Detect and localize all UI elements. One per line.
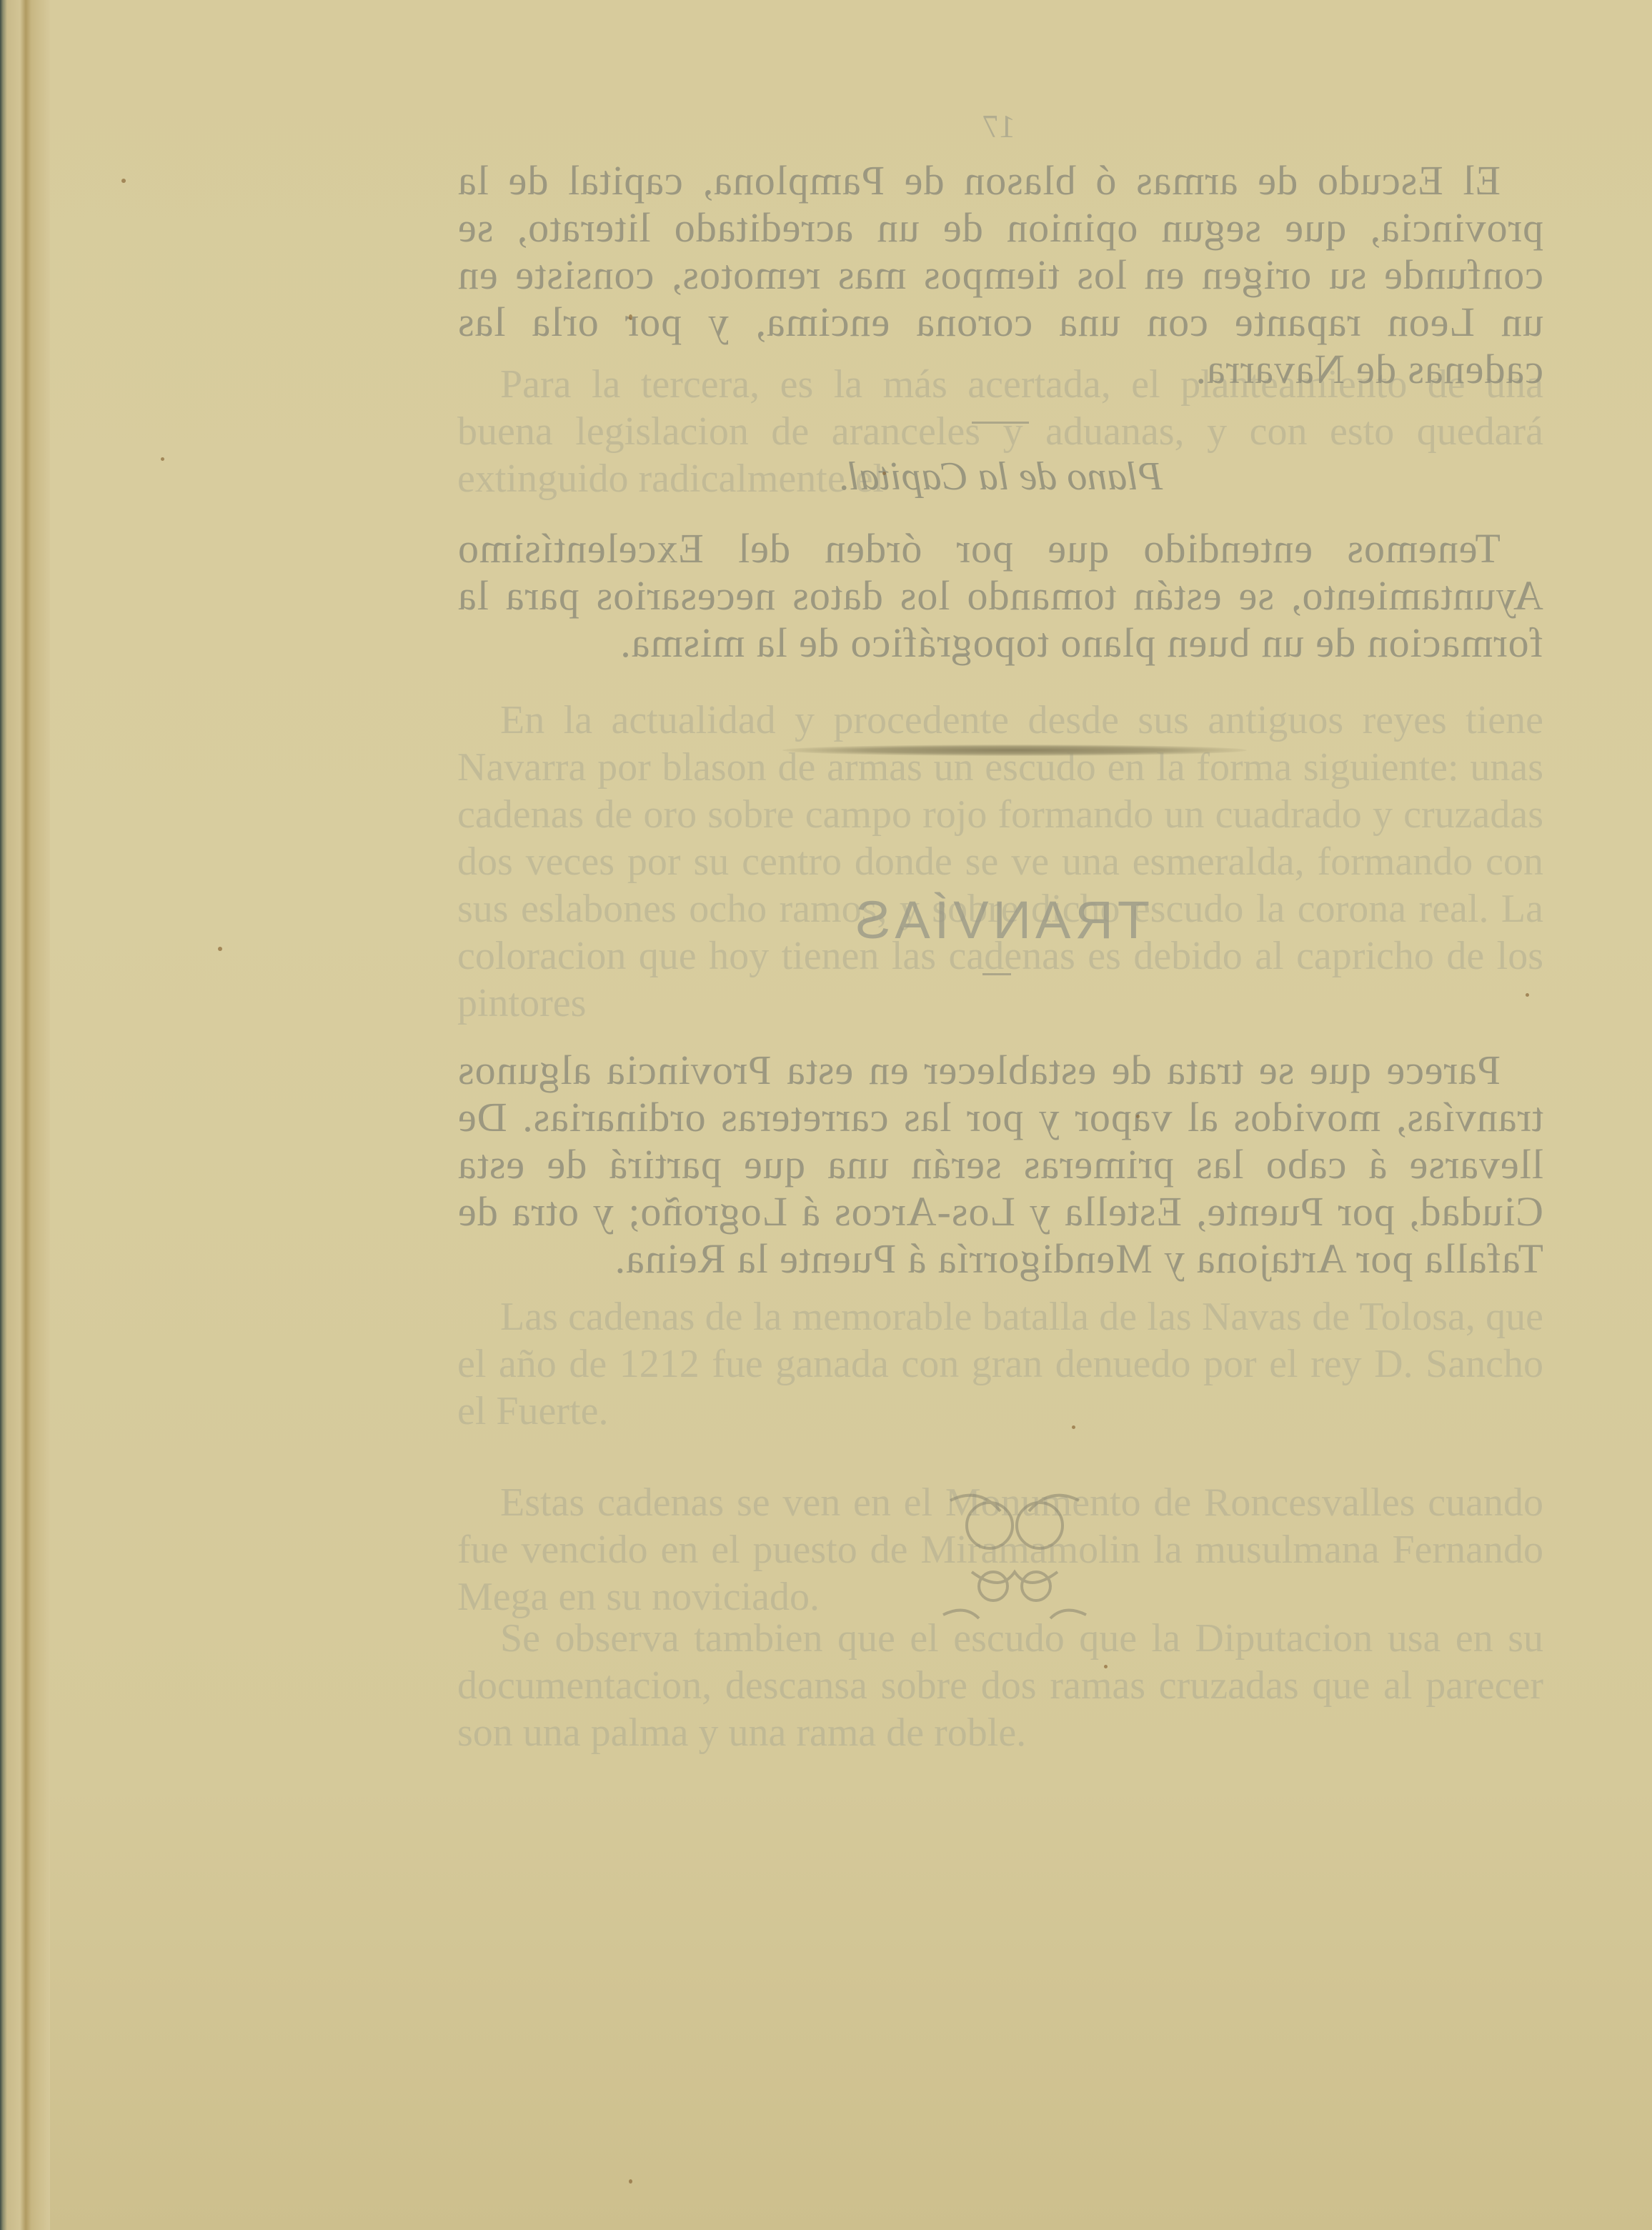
mirrored-heading-tranvias: TRANVÍAS xyxy=(457,890,1543,950)
decorative-rule xyxy=(782,745,1247,756)
small-divider xyxy=(982,973,1011,975)
mirrored-paragraph-plano: Tenemos entendido que por órden del Exce… xyxy=(457,525,1543,667)
mirrored-paragraph-tranvias: Parece que se trata de establecer en est… xyxy=(457,1047,1543,1283)
paper-speck xyxy=(161,457,164,461)
mirrored-subheading-plano: Plano de la Capital. xyxy=(457,454,1543,499)
paper-speck xyxy=(629,2179,632,2184)
paper-speck xyxy=(1072,1425,1075,1429)
faint-line: Las cadenas de la memorable batalla de l… xyxy=(457,1293,1543,1435)
ornament-icon xyxy=(922,1472,1108,1629)
small-divider xyxy=(972,422,1029,424)
paper-speck xyxy=(1526,993,1529,997)
paper-speck xyxy=(1136,1115,1140,1118)
faint-line: Se observa tambien que el escudo que la … xyxy=(457,1615,1543,1756)
paper-speck xyxy=(121,179,126,183)
mirrored-paragraph-escudo: El Escudo de armas ó blason de Pamplona,… xyxy=(457,157,1543,393)
book-binding-edge xyxy=(0,0,50,2230)
faint-back-text-block-5: Se observa tambien que el escudo que la … xyxy=(457,1615,1543,1756)
paper-speck xyxy=(629,314,632,320)
paper-speck xyxy=(218,947,222,951)
paper-speck xyxy=(882,472,886,475)
paper-speck xyxy=(1104,1665,1108,1668)
faint-back-text-block-3: Las cadenas de la memorable batalla de l… xyxy=(457,1293,1543,1435)
paragraph-text: Tenemos entendido que por órden del Exce… xyxy=(457,525,1543,667)
paragraph-text: Parece que se trata de establecer en est… xyxy=(457,1047,1543,1283)
page-number-mirrored: 17 xyxy=(982,107,1015,145)
paragraph-text: El Escudo de armas ó blason de Pamplona,… xyxy=(457,157,1543,393)
